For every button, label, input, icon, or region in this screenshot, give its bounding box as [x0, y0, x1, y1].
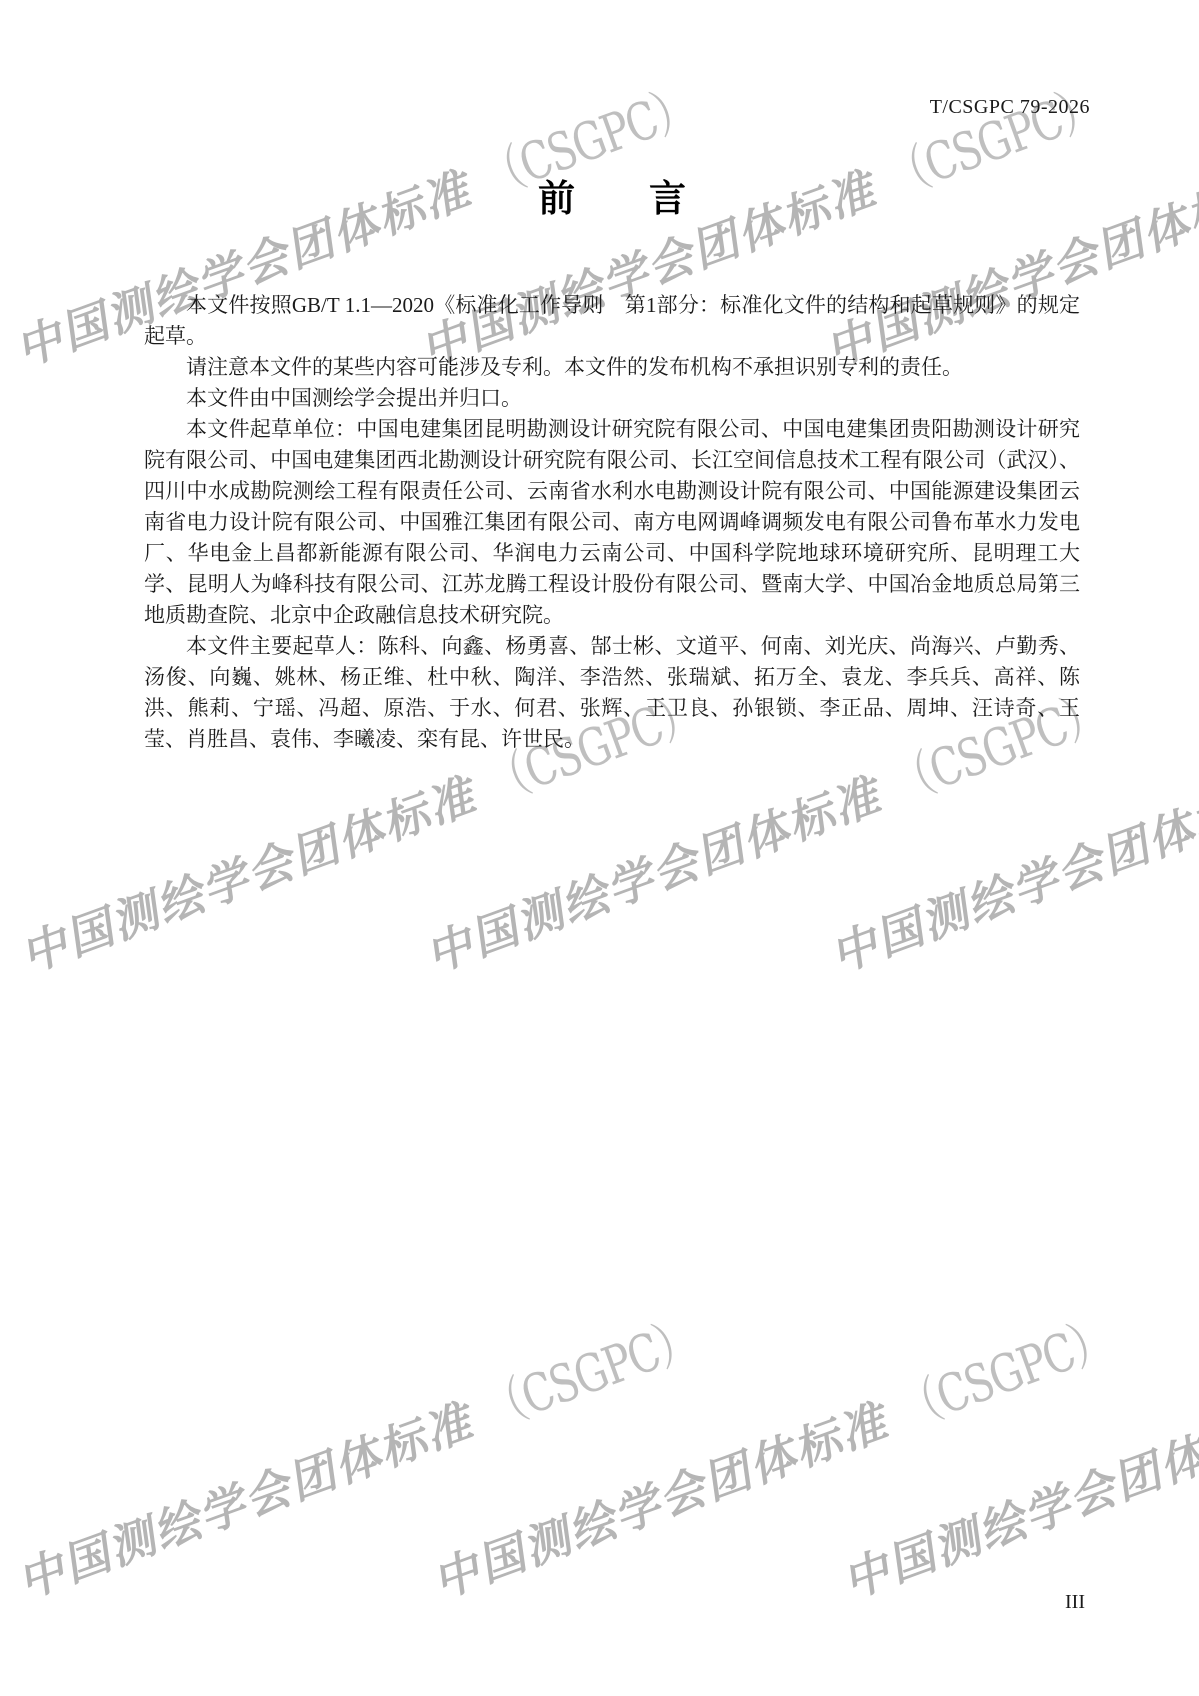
paragraph-main-drafters: 本文件主要起草人：陈科、向鑫、杨勇喜、郜士彬、文道平、何南、刘光庆、尚海兴、卢勤…: [144, 631, 1080, 755]
page-title: 前 言: [144, 168, 1080, 222]
page-number: III: [1065, 1591, 1085, 1614]
paragraph-patent-notice: 请注意本文件的某些内容可能涉及专利。本文件的发布机构不承担识别专利的责任。: [144, 352, 1080, 383]
document-content: T/CSGPC 79-2026 前 言 本文件按照GB/T 1.1—2020《标…: [0, 0, 1199, 1696]
paragraph-proposer: 本文件由中国测绘学会提出并归口。: [144, 383, 1080, 414]
document-page: 中国测绘学会团体标准（CSGPC） 中国测绘学会团体标准（CSGPC） 中国测绘…: [0, 0, 1199, 1696]
standard-number: T/CSGPC 79-2026: [930, 96, 1090, 119]
paragraph-drafting-organizations: 本文件起草单位：中国电建集团昆明勘测设计研究院有限公司、中国电建集团贵阳勘测设计…: [144, 414, 1080, 631]
paragraph-basis: 本文件按照GB/T 1.1—2020《标准化工作导则 第1部分：标准化文件的结构…: [144, 290, 1080, 352]
body-text: 本文件按照GB/T 1.1—2020《标准化工作导则 第1部分：标准化文件的结构…: [144, 290, 1080, 755]
